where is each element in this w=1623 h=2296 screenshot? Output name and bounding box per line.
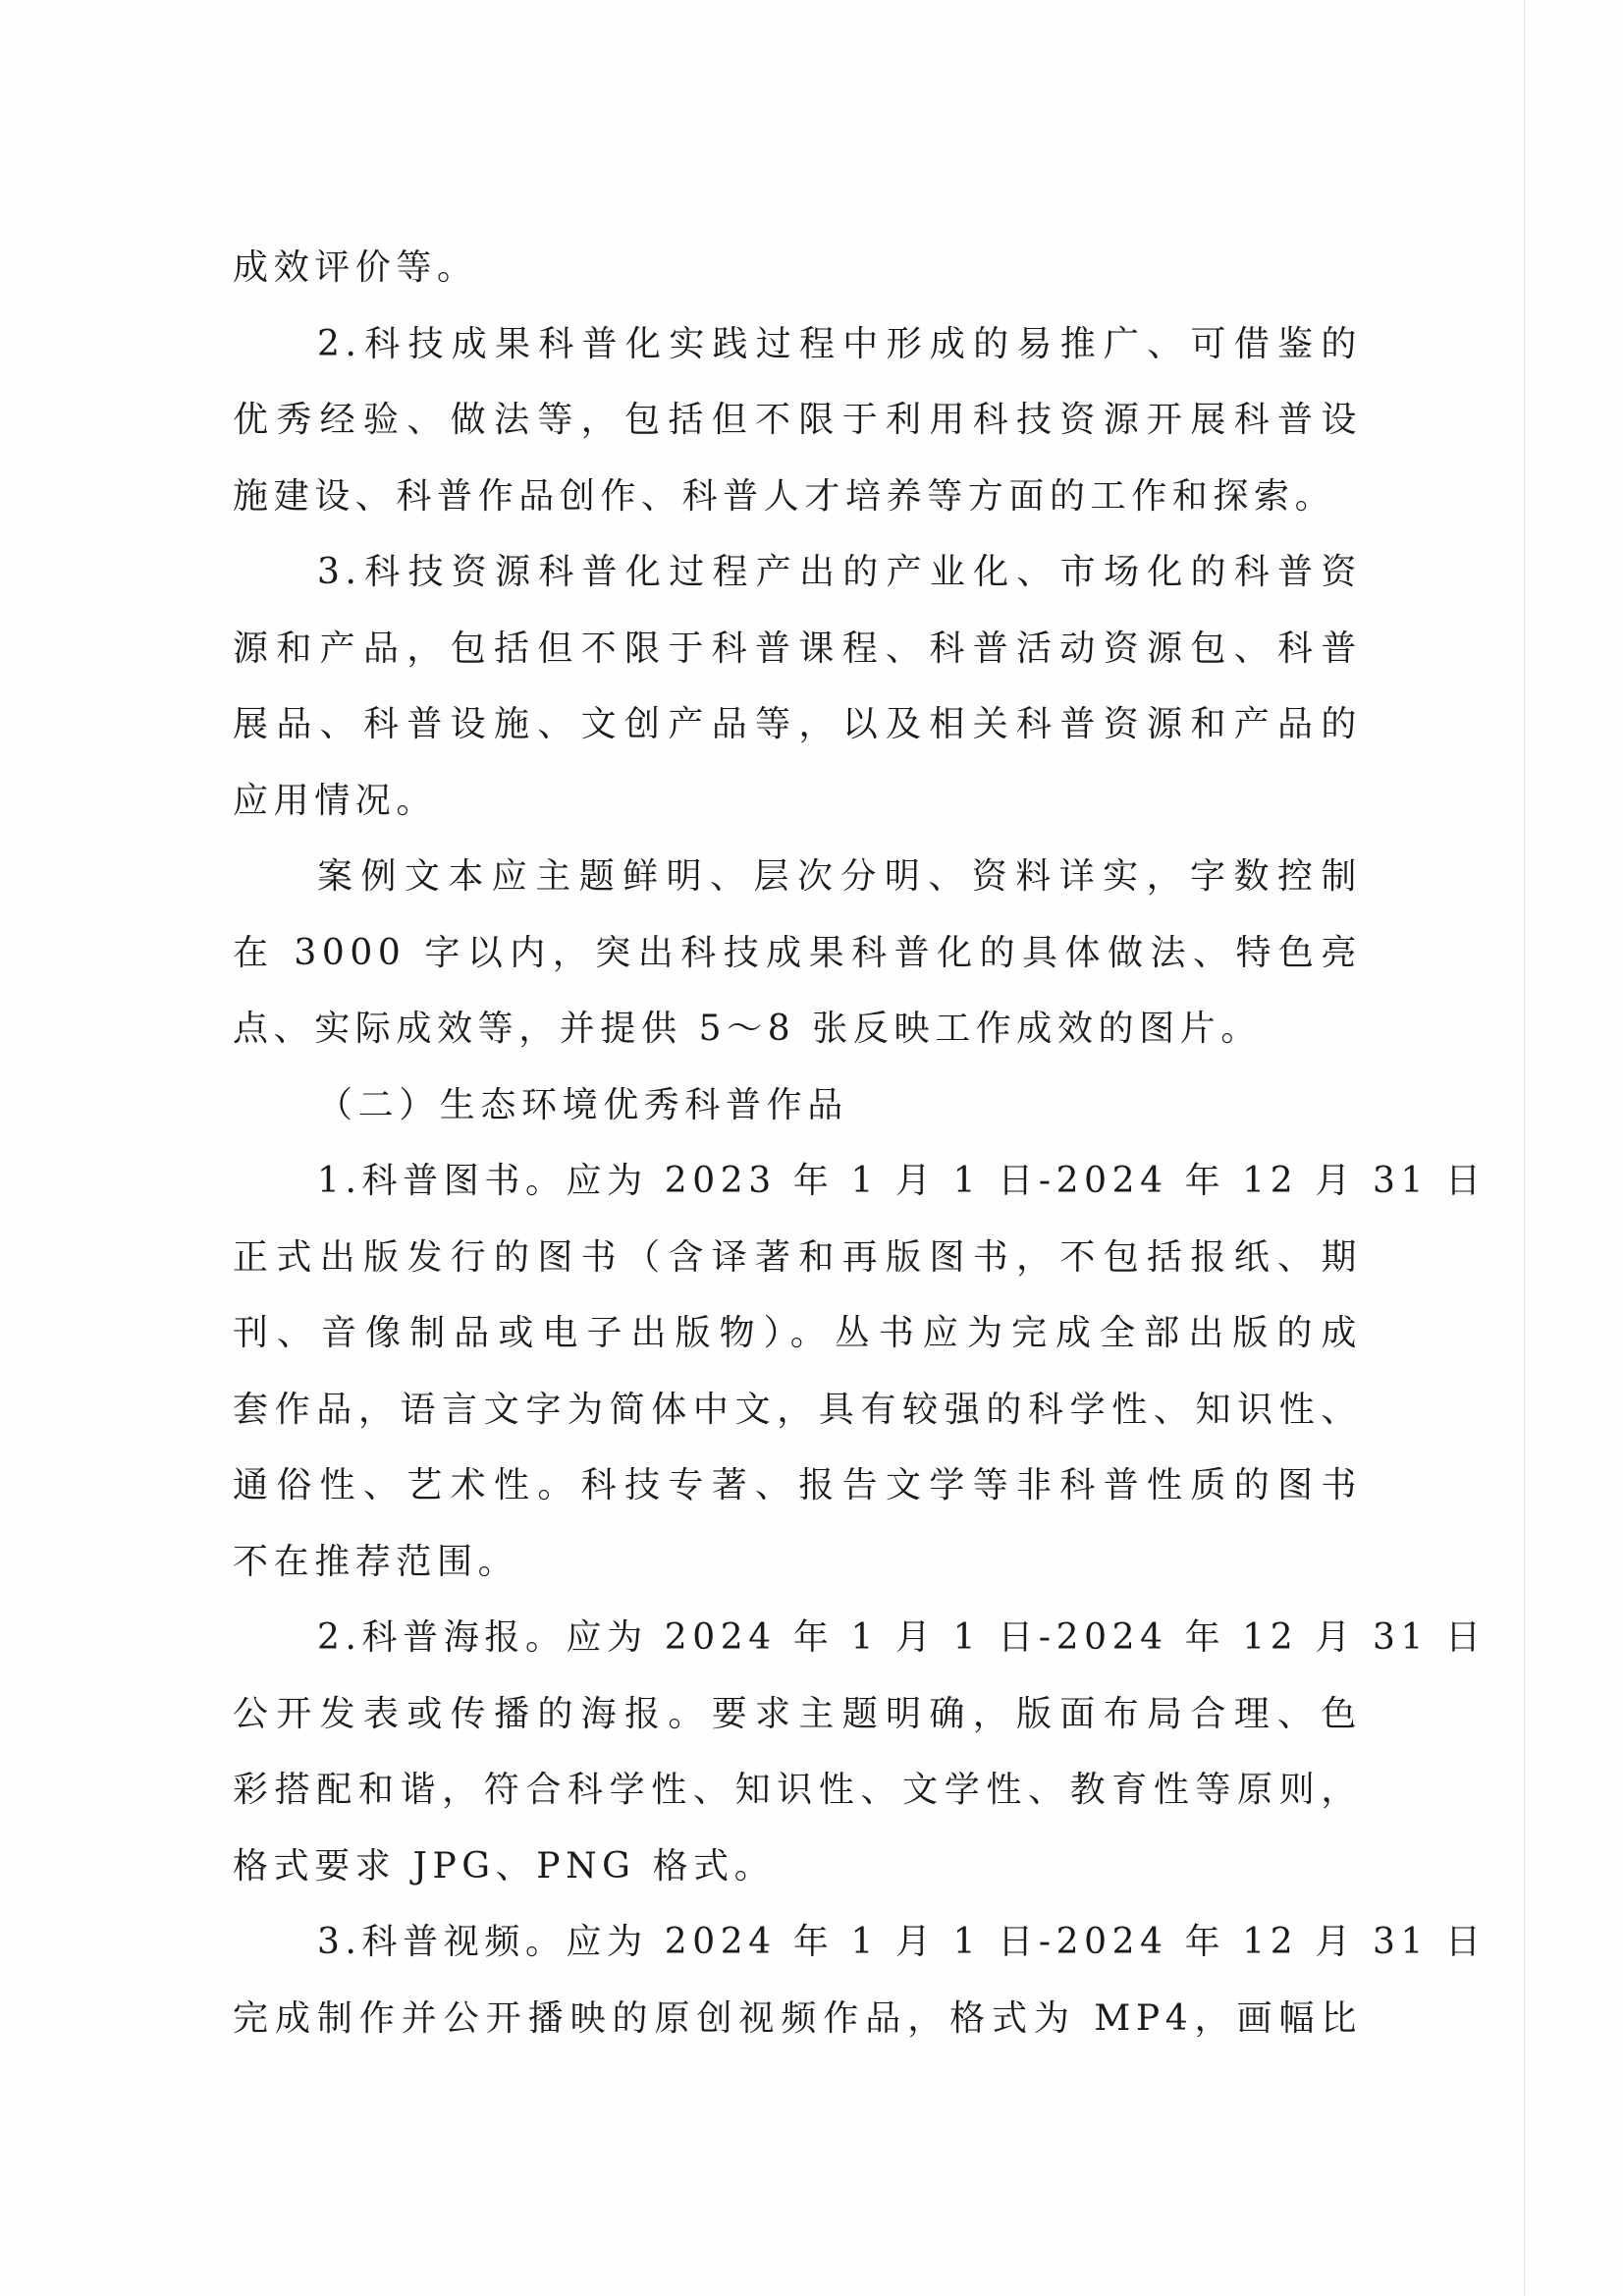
text-line: 在 3000 字以内，突出科技成果科普化的具体做法、特色亮 (233, 915, 1362, 992)
text-line: 3.科普视频。应为 2024 年 1 月 1 日-2024 年 12 月 31 … (233, 1904, 1362, 1981)
text-line: 不在推荐范围。 (233, 1524, 1362, 1601)
scan-edge-line (1524, 0, 1525, 2296)
text-line: 2.科普海报。应为 2024 年 1 月 1 日-2024 年 12 月 31 … (233, 1600, 1362, 1676)
text-line: 1.科普图书。应为 2023 年 1 月 1 日-2024 年 12 月 31 … (233, 1143, 1362, 1220)
text-line: 套作品，语言文字为简体中文，具有较强的科学性、知识性、 (233, 1372, 1362, 1449)
text-line: 3.科技资源科普化过程产出的产业化、市场化的科普资 (233, 534, 1362, 611)
text-line: 应用情况。 (233, 763, 1362, 840)
text-line: 展品、科普设施、文创产品等，以及相关科普资源和产品的 (233, 686, 1362, 763)
text-line: 成效评价等。 (233, 230, 1362, 306)
document-page: 成效评价等。 2.科技成果科普化实践过程中形成的易推广、可借鉴的 优秀经验、做法… (0, 0, 1623, 2296)
text-line: 格式要求 JPG、PNG 格式。 (233, 1829, 1362, 1905)
document-body: 成效评价等。 2.科技成果科普化实践过程中形成的易推广、可借鉴的 优秀经验、做法… (233, 230, 1362, 2056)
section-heading: （二）生态环境优秀科普作品 (233, 1067, 1362, 1144)
text-line: 点、实际成效等，并提供 5～8 张反映工作成效的图片。 (233, 991, 1362, 1067)
text-line: 公开发表或传播的海报。要求主题明确，版面布局合理、色 (233, 1676, 1362, 1753)
text-line: 施建设、科普作品创作、科普人才培养等方面的工作和探索。 (233, 459, 1362, 535)
text-line: 刊、音像制品或电子出版物）。丛书应为完成全部出版的成 (233, 1295, 1362, 1372)
text-line: 完成制作并公开播映的原创视频作品，格式为 MP4，画幅比 (233, 1981, 1362, 2057)
text-line: 2.科技成果科普化实践过程中形成的易推广、可借鉴的 (233, 306, 1362, 383)
text-line: 正式出版发行的图书（含译著和再版图书，不包括报纸、期 (233, 1220, 1362, 1296)
text-line: 优秀经验、做法等，包括但不限于利用科技资源开展科普设 (233, 382, 1362, 459)
text-line: 案例文本应主题鲜明、层次分明、资料详实，字数控制 (233, 839, 1362, 915)
text-line: 源和产品，包括但不限于科普课程、科普活动资源包、科普 (233, 611, 1362, 687)
text-line: 通俗性、艺术性。科技专著、报告文学等非科普性质的图书 (233, 1448, 1362, 1524)
text-line: 彩搭配和谐，符合科学性、知识性、文学性、教育性等原则， (233, 1752, 1362, 1829)
